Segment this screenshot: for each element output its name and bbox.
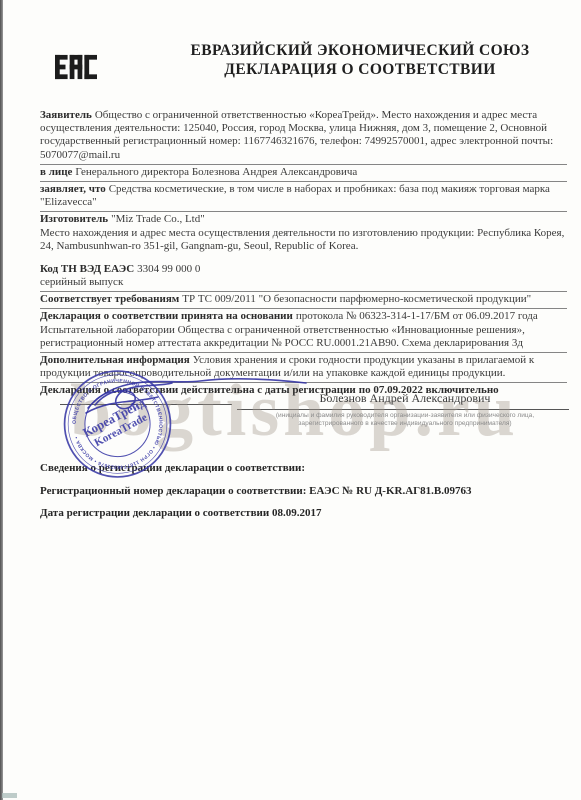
section-applicant: ЗаявительОбщество с ограниченной ответст… [40,108,567,165]
complies-label: Соответствует требованиям [40,293,179,305]
registration-date-value: 08.09.2017 [272,507,322,519]
registration-number-value: ЕАЭС № RU Д-KR.АГ81.В.09763 [309,485,471,497]
declares-label: заявляет, что [40,183,106,195]
in-person-label: в лице [40,166,72,178]
page-edge-shadow [0,0,3,800]
complies-text: ТР ТС 009/2011 "О безопасности парфюмерн… [182,293,531,305]
scan-artifact [2,793,17,798]
manufacturer-label: Изготовитель [40,213,108,225]
basis-label: Декларация о соответствии принята на осн… [40,310,293,322]
section-in-person: в лицеГенерального директора Болезнова А… [40,165,567,182]
applicant-label: Заявитель [40,109,92,121]
in-person-text: Генерального директора Болезнова Андрея … [75,166,357,178]
manufacturer-address: Место нахождения и адрес места осуществл… [40,227,567,253]
section-basis: Декларация о соответствии принята на осн… [40,309,567,353]
registration-date-line: Дата регистрации декларации о соответств… [40,507,567,519]
tn-ved-serial: серийный выпуск [40,276,567,289]
tn-ved-code: 3304 99 000 0 [137,263,200,275]
header-title-line2: ДЕКЛАРАЦИЯ О СООТВЕТСТВИИ [158,61,562,80]
section-complies: Соответствует требованиямТР ТС 009/2011 … [40,292,567,309]
declares-text: Средства косметические, в том числе в на… [40,183,550,208]
section-tn-ved: Код ТН ВЭД ЕАЭС3304 99 000 0 серийный вы… [40,262,567,292]
declaration-document: bogtishop.ru ЕВРАЗИЙСКИЙ ЭКОНОМИЧЕСКИЙ С… [0,0,581,800]
tn-ved-label: Код ТН ВЭД ЕАЭС [40,263,134,275]
section-declares: заявляет, чтоСредства косметические, в т… [40,182,567,212]
section-manufacturer: Изготовитель"Miz Trade Co., Ltd" Место н… [40,212,567,262]
manufacturer-name: "Miz Trade Co., Ltd" [111,213,205,225]
document-header: ЕВРАЗИЙСКИЙ ЭКОНОМИЧЕСКИЙ СОЮЗ ДЕКЛАРАЦИ… [158,42,562,80]
handwritten-signature [40,353,330,483]
registration-number-label: Регистрационный номер декларации о соотв… [40,485,306,497]
eac-logo-icon [55,44,97,90]
header-title-line1: ЕВРАЗИЙСКИЙ ЭКОНОМИЧЕСКИЙ СОЮЗ [158,42,562,61]
applicant-text: Общество с ограниченной ответственностью… [40,109,553,161]
registration-date-label: Дата регистрации декларации о соответств… [40,507,269,519]
registration-number-line: Регистрационный номер декларации о соотв… [40,485,567,497]
